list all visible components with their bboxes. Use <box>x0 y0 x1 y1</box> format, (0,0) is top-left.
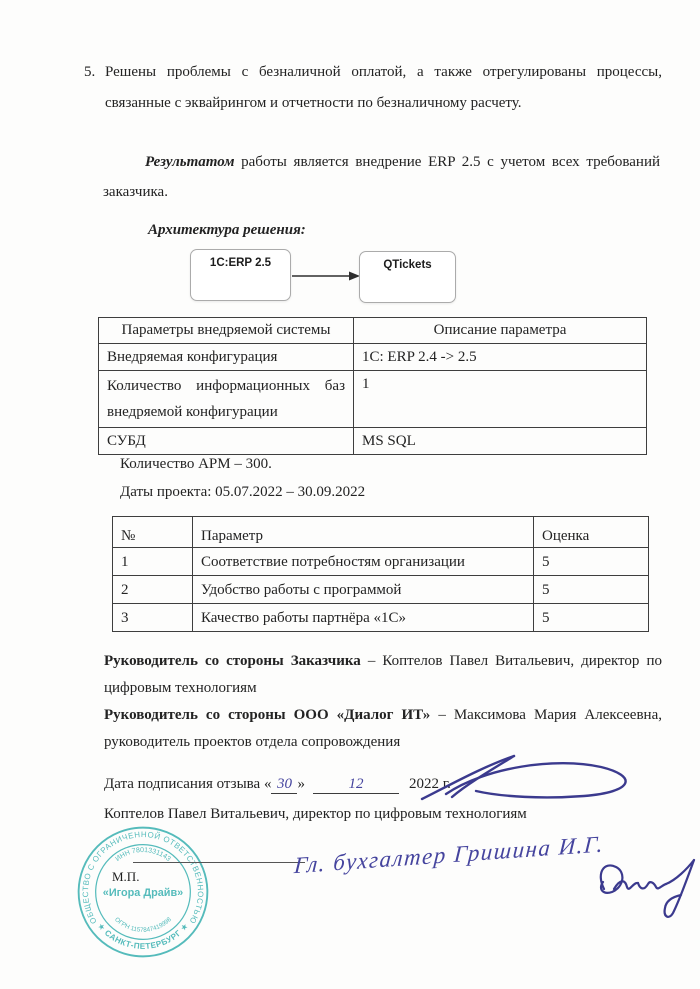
rating-row-2: 2 Удобство работы с программой 5 <box>113 576 649 604</box>
params-table-row: Внедряемая конфигурация 1С: ERP 2.4 -> 2… <box>99 344 647 371</box>
signing-month-blank: 12 <box>313 776 399 794</box>
handwritten-day: 30 <box>277 776 292 792</box>
rating-table-header-row: № Параметр Оценка <box>113 517 649 548</box>
params-table: Параметры внедряемой системы Описание па… <box>98 317 647 455</box>
stamp-ogrn-text: ОГРН 1157847419998 <box>113 916 173 934</box>
customer-signatory-title: Руководитель со стороны Заказчика <box>104 653 361 669</box>
rating-row-score: 5 <box>534 548 649 576</box>
company-stamp: ОБЩЕСТВО С ОГРАНИЧЕННОЙ ОТВЕТСТВЕННОСТЬЮ… <box>72 821 214 963</box>
signing-day-blank: 30 <box>271 776 297 794</box>
director-signature-scrawl <box>416 747 644 807</box>
result-lead-word: Результатом <box>145 154 234 170</box>
architecture-heading: Архитектура решения: <box>148 222 306 239</box>
rating-row-parameter: Качество работы партнёра «1С» <box>193 604 534 632</box>
accountant-signature-scrawl <box>594 827 696 933</box>
rating-row-1: 1 Соответствие потребностям организации … <box>113 548 649 576</box>
close-quote: » <box>297 776 305 792</box>
rating-row-parameter: Удобство работы с программой <box>193 576 534 604</box>
diagram-arrow-icon <box>291 269 361 283</box>
result-paragraph: Результатом работы является внедрение ER… <box>103 147 660 207</box>
list-item-text: Решены проблемы с безналичной оплатой, а… <box>105 57 662 119</box>
handwritten-month: 12 <box>348 776 363 792</box>
list-item-5: 5. Решены проблемы с безналичной оплатой… <box>84 57 662 119</box>
seal-signature-line <box>133 862 305 863</box>
fact-project-dates: Даты проекта: 05.07.2022 – 30.09.2022 <box>120 484 365 501</box>
fact-arm-count: Количество АРМ – 300. <box>120 456 272 473</box>
rating-row-num: 2 <box>113 576 193 604</box>
param-config-label: Внедряемая конфигурация <box>99 344 354 371</box>
rating-header-parameter: Параметр <box>193 517 534 548</box>
signing-date-label: Дата подписания отзыва <box>104 776 260 792</box>
seal-place-mark: М.П. <box>112 869 139 885</box>
list-item-number: 5. <box>84 57 105 119</box>
diagram-node-erp-label: 1C:ERP 2.5 <box>210 257 271 269</box>
rating-row-3: 3 Качество работы партнёра «1С» 5 <box>113 604 649 632</box>
diagram-node-qtickets-label: QTickets <box>383 259 431 271</box>
rating-header-num: № <box>113 517 193 548</box>
handwritten-accountant-note: Гл. бухгалтер Гришина И.Г. <box>293 831 605 879</box>
param-basecount-label: Количество информационных баз внедряемой… <box>99 371 354 428</box>
customer-signatory: Руководитель со стороны Заказчика – Копт… <box>104 648 662 702</box>
diagram-node-qtickets: QTickets <box>359 251 456 303</box>
param-dbms-value: MS SQL <box>354 428 647 455</box>
scanned-review-document: 5. Решены проблемы с безналичной оплатой… <box>0 0 700 989</box>
open-quote: « <box>264 776 272 792</box>
rating-row-parameter: Соответствие потребностям организации <box>193 548 534 576</box>
param-config-value: 1С: ERP 2.4 -> 2.5 <box>354 344 647 371</box>
param-dbms-label: СУБД <box>99 428 354 455</box>
rating-header-score: Оценка <box>534 517 649 548</box>
rating-table: № Параметр Оценка 1 Соответствие потребн… <box>112 516 649 632</box>
rating-row-num: 3 <box>113 604 193 632</box>
diagram-node-erp: 1C:ERP 2.5 <box>190 249 291 301</box>
rating-row-score: 5 <box>534 604 649 632</box>
rating-row-score: 5 <box>534 576 649 604</box>
params-table-header-row: Параметры внедряемой системы Описание па… <box>99 318 647 344</box>
signatories-block: Руководитель со стороны Заказчика – Копт… <box>104 648 662 756</box>
vendor-signatory-title: Руководитель со стороны ООО «Диалог ИТ» <box>104 707 430 723</box>
param-basecount-value: 1 <box>354 371 647 428</box>
params-table-header-description: Описание параметра <box>354 318 647 344</box>
params-table-header-parameters: Параметры внедряемой системы <box>99 318 354 344</box>
stamp-company-name: «Игора Драйв» <box>103 887 183 899</box>
rating-row-num: 1 <box>113 548 193 576</box>
params-table-row: Количество информационных баз внедряемой… <box>99 371 647 428</box>
params-table-row: СУБД MS SQL <box>99 428 647 455</box>
